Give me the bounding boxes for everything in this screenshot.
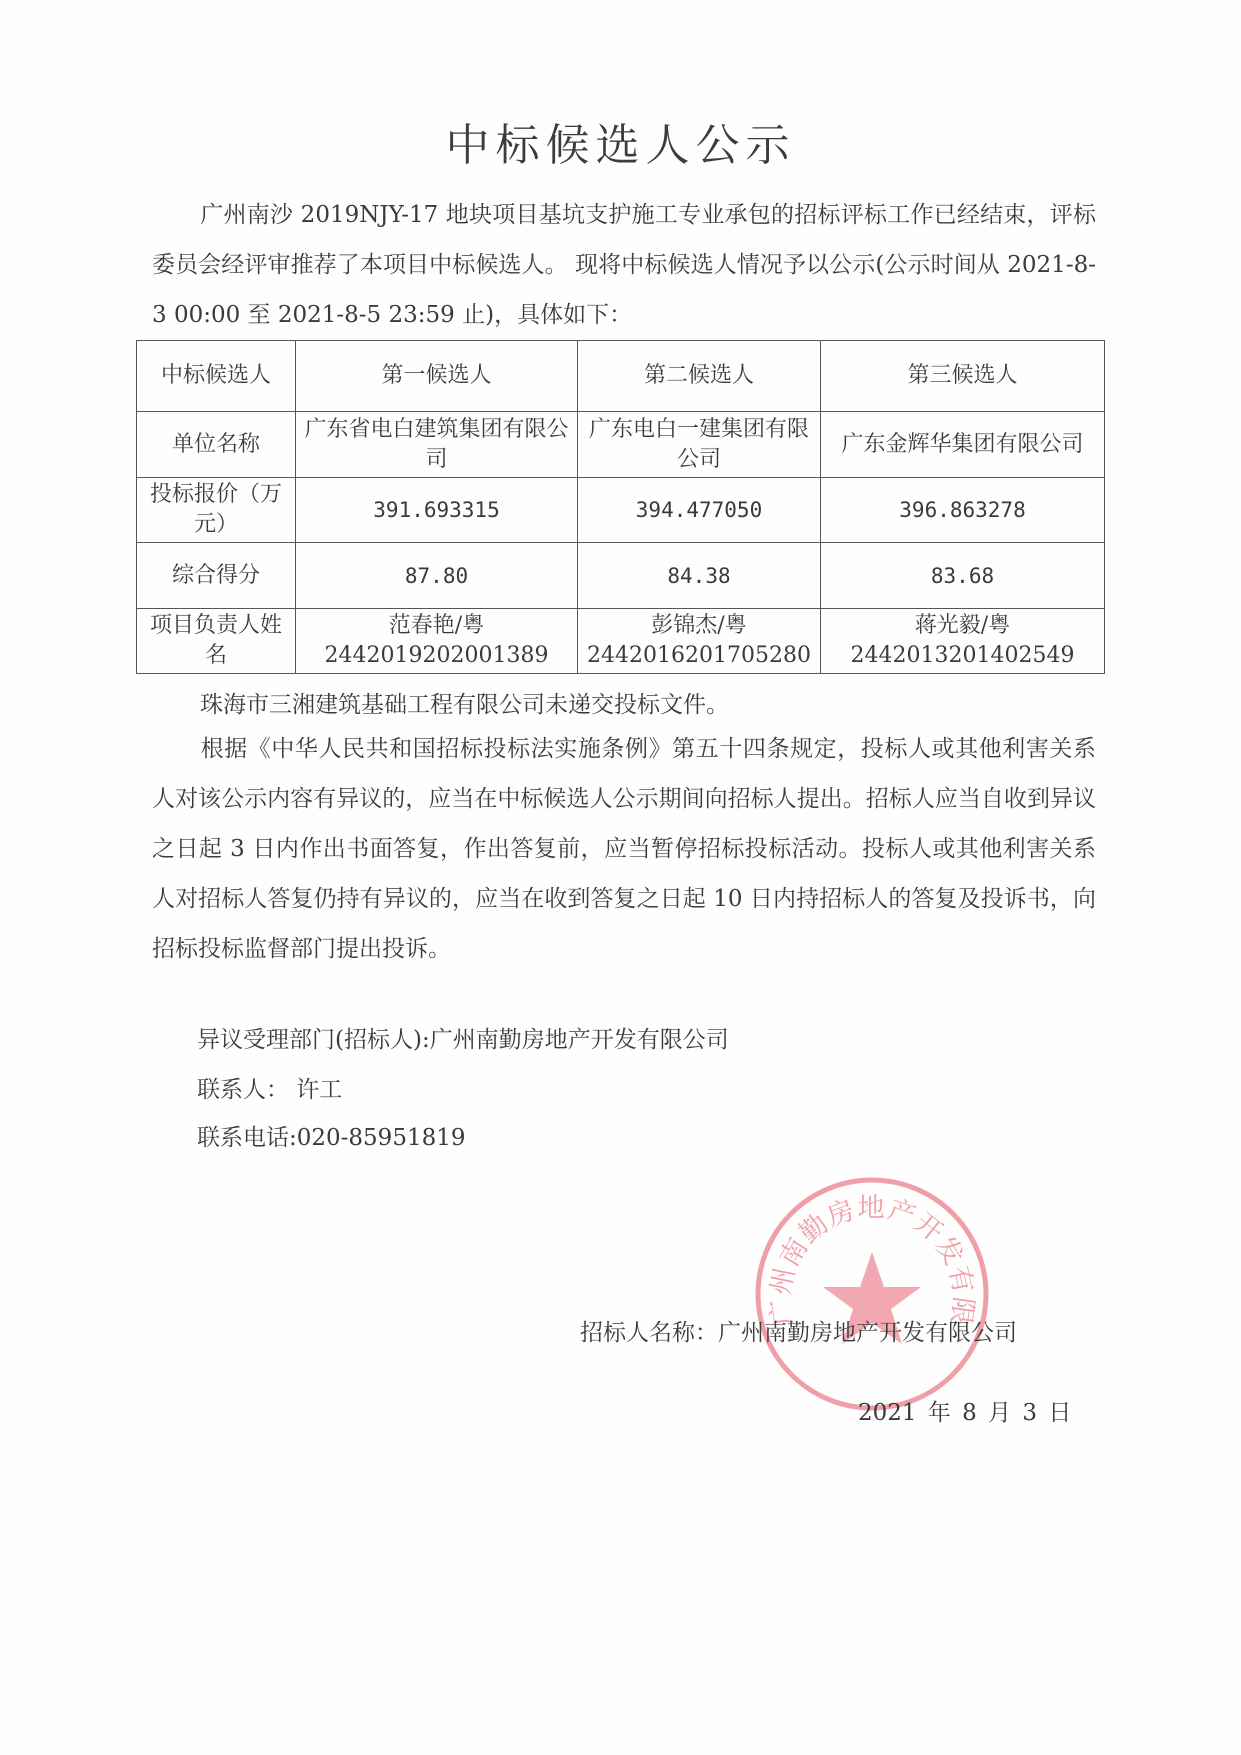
row-label: 投标报价（万元） <box>137 478 296 543</box>
signature-date: 2021 年 8 月 3 日 <box>858 1398 1071 1428</box>
table-cell: 蒋光毅/粤 2442013201402549 <box>821 609 1105 674</box>
table-cell: 396.863278 <box>821 478 1105 543</box>
intro-paragraph: 广州南沙 2019NJY-17 地块项目基坑支护施工专业承包的招标评标工作已经结… <box>152 190 1096 340</box>
contact-phone: 联系电话:020-85951819 <box>197 1123 466 1153</box>
page-title: 中标候选人公示 <box>0 118 1241 174</box>
table-cell: 394.477050 <box>578 478 821 543</box>
non-submission-note: 珠海市三湘建筑基础工程有限公司未递交投标文件。 <box>152 680 1096 730</box>
table-cell: 87.80 <box>296 543 578 609</box>
table-cell: 391.693315 <box>296 478 578 543</box>
table-cell: 广东电白一建集团有限公司 <box>578 412 821 478</box>
contact-person: 联系人： 许工 <box>197 1075 342 1105</box>
header-cell: 中标候选人 <box>137 341 296 412</box>
law-paragraph: 根据《中华人民共和国招标投标法实施条例》第五十四条规定，投标人或其他利害关系人对… <box>152 724 1096 974</box>
contact-department: 异议受理部门(招标人):广州南勤房地产开发有限公司 <box>197 1025 729 1055</box>
row-label: 综合得分 <box>137 543 296 609</box>
table-row-bid-price: 投标报价（万元） 391.693315 394.477050 396.86327… <box>137 478 1105 543</box>
table-cell: 广东金辉华集团有限公司 <box>821 412 1105 478</box>
table-row-project-manager: 项目负责人姓名 范春艳/粤 2442019202001389 彭锦杰/粤 244… <box>137 609 1105 674</box>
header-cell: 第一候选人 <box>296 341 578 412</box>
table-cell: 广东省电白建筑集团有限公司 <box>296 412 578 478</box>
document-page: 中标候选人公示 广州南沙 2019NJY-17 地块项目基坑支护施工专业承包的招… <box>0 0 1241 1755</box>
table-row-company: 单位名称 广东省电白建筑集团有限公司 广东电白一建集团有限公司 广东金辉华集团有… <box>137 412 1105 478</box>
row-label: 项目负责人姓名 <box>137 609 296 674</box>
table-cell: 83.68 <box>821 543 1105 609</box>
row-label: 单位名称 <box>137 412 296 478</box>
table-cell: 范春艳/粤 2442019202001389 <box>296 609 578 674</box>
table-header-row: 中标候选人 第一候选人 第二候选人 第三候选人 <box>137 341 1105 412</box>
tenderer-signature: 招标人名称：广州南勤房地产开发有限公司 <box>580 1318 1017 1348</box>
header-cell: 第二候选人 <box>578 341 821 412</box>
intro-text: 广州南沙 2019NJY-17 地块项目基坑支护施工专业承包的招标评标工作已经结… <box>152 202 1096 328</box>
table-row-score: 综合得分 87.80 84.38 83.68 <box>137 543 1105 609</box>
company-seal-stamp: 广州南勤房地产开发有限公司 <box>752 1174 992 1414</box>
header-cell: 第三候选人 <box>821 341 1105 412</box>
table-cell: 彭锦杰/粤 2442016201705280 <box>578 609 821 674</box>
law-text: 根据《中华人民共和国招标投标法实施条例》第五十四条规定，投标人或其他利害关系人对… <box>152 736 1096 962</box>
candidates-table: 中标候选人 第一候选人 第二候选人 第三候选人 单位名称 广东省电白建筑集团有限… <box>136 340 1105 674</box>
table-cell: 84.38 <box>578 543 821 609</box>
note-text: 珠海市三湘建筑基础工程有限公司未递交投标文件。 <box>200 692 729 718</box>
